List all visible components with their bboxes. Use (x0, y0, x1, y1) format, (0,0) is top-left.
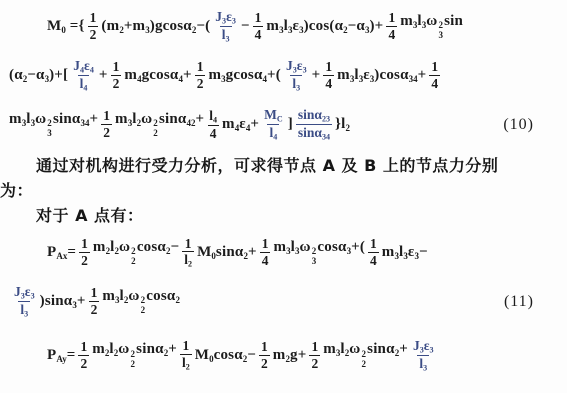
subscript: 2 (345, 348, 350, 358)
fraction-numerator: sinα23 (296, 107, 332, 124)
subscript: 3 (420, 345, 424, 354)
fraction-denominator: 2 (101, 124, 112, 141)
paragraph-line-2: 为： (0, 178, 567, 203)
math-fraction: 14 (323, 59, 334, 91)
math-run: + (312, 67, 321, 84)
math-run: )sinα3+ (40, 293, 86, 310)
fraction-numerator: 1 (260, 236, 271, 252)
superscript: 2 (131, 247, 136, 256)
math-run: m2l2ω22sinα2+ (92, 341, 177, 368)
sub-sup-stack: 22 (361, 350, 366, 369)
subscript: 4 (263, 74, 268, 84)
math-run: m2l2ω22cosα2− (93, 239, 179, 266)
fraction-denominator: 4 (429, 75, 440, 92)
math-run: m3l3ω23sinα34+ (9, 111, 98, 138)
subscript: 3 (350, 74, 355, 84)
math-run: M0sinα2+ (197, 244, 257, 261)
equation-11: PAx=12m2l2ω22cosα2−1l2M0sinα2+14m3l3ω23c… (0, 228, 567, 326)
subscript: 2 (124, 295, 129, 305)
subscript: 4 (137, 74, 142, 84)
equation-line: PAy=12m2l2ω22sinα2+1l2M0cosα2−12m2g+12m3… (0, 326, 567, 384)
fraction-numerator: 1 (368, 236, 379, 252)
subscript: 2 (286, 353, 291, 363)
subscript: 2 (175, 295, 180, 305)
fraction-denominator: l2 (182, 251, 194, 269)
math-run: m3l3ε3)cos(α2−α3)+ (266, 18, 383, 35)
fraction-denominator: 2 (89, 301, 100, 318)
fraction-numerator: J3ε3 (284, 58, 309, 75)
math-run: (α2−α3)+[ (9, 67, 68, 84)
fraction-denominator: l2 (180, 354, 192, 372)
superscript: 2 (130, 350, 135, 359)
fraction-denominator: l3 (220, 26, 232, 44)
equation-line: M0 ={12(m2+m3)gcosα2−(J3ε3l3−14m3l3ε3)co… (0, 2, 567, 51)
subscript: 4 (80, 66, 84, 75)
fraction-denominator: 4 (260, 252, 271, 269)
sub-sup-stack: 22 (141, 296, 146, 315)
equation-line: m3l3ω23sinα34+12m3l2ω22sinα42+l44m4ε4+MC… (0, 100, 567, 149)
subscript: 2 (105, 348, 110, 358)
math-fraction: 1l2 (182, 236, 194, 269)
math-fraction: l44 (207, 108, 219, 141)
subscript: 4 (246, 123, 251, 133)
math-run: m3l2ω22cosα2 (102, 288, 180, 315)
fraction-numerator: 1 (180, 338, 191, 354)
subscript: 4 (235, 123, 240, 133)
sub-sup-stack: 22 (131, 247, 136, 266)
subscript: 0 (61, 25, 66, 35)
sub-sup-stack: 23 (47, 119, 52, 138)
math-fraction: J3ε3l3 (284, 58, 309, 93)
superscript: 2 (312, 247, 317, 256)
equation-number: (11) (504, 293, 534, 311)
subscript: 3 (359, 74, 364, 84)
fraction-denominator: l3 (290, 75, 302, 93)
equation-10: M0 ={12(m2+m3)gcosα2−(J3ε3l3−14m3l3ε3)co… (0, 2, 567, 149)
subscript: 3 (72, 300, 77, 310)
subscript: 3 (288, 25, 293, 35)
subscript: 3 (296, 84, 300, 93)
math-fraction: 14 (368, 236, 379, 268)
subscript: 3 (279, 25, 284, 35)
subscript: 2 (186, 362, 190, 371)
subscript: 2 (137, 118, 142, 128)
subscript: 3 (47, 129, 52, 138)
fraction-numerator: 1 (78, 339, 89, 355)
subscript: 3 (232, 17, 236, 26)
sub-sup-stack: 23 (312, 247, 317, 266)
equation-line: J3ε3l3)sinα3+12m3l2ω22cosα2(11) (0, 277, 567, 326)
math-run: m3l3ω23cosα3+( (273, 239, 365, 266)
fraction-denominator: 4 (208, 125, 219, 142)
subscript: 4 (90, 66, 94, 75)
subscript: 2 (119, 25, 124, 35)
subscript: 3 (295, 246, 300, 256)
math-run: m3l3ω23sin (400, 13, 463, 40)
subscript: 2 (343, 25, 348, 35)
math-run: (m2+m3)gcosα2−( (101, 18, 210, 35)
math-fraction: J4ε4l4 (71, 58, 96, 93)
subscript: 0 (211, 251, 216, 261)
fraction-denominator: 2 (309, 355, 320, 372)
subscript: 2 (188, 260, 192, 269)
subscript: 3 (365, 25, 370, 35)
subscript: Ay (56, 353, 66, 363)
math-run: M0 ={ (47, 18, 85, 35)
fraction-denominator: l4 (267, 124, 279, 142)
subscript: 0 (209, 353, 214, 363)
subscript: 3 (414, 251, 419, 261)
math-run: m3l3ε3)cosα34+ (337, 67, 426, 84)
subscript: 42 (186, 118, 195, 128)
math-run: m3l2ω22sinα2+ (323, 341, 408, 368)
math-fraction: J3ε3l3 (12, 284, 37, 319)
sub-sup-stack: 22 (130, 350, 135, 369)
fraction-numerator: 1 (89, 285, 100, 301)
fraction-numerator: J4ε4 (71, 58, 96, 75)
subscript: 34 (80, 118, 89, 128)
math-fraction: 12 (195, 59, 206, 91)
subscript: 3 (403, 251, 408, 261)
subscript: 23 (322, 115, 330, 124)
subscript: 2 (243, 251, 248, 261)
math-fraction: J3ε3l3 (213, 9, 238, 44)
fraction-numerator: 1 (253, 10, 264, 26)
fraction-numerator: MC (262, 107, 285, 124)
fraction-numerator: J3ε3 (411, 338, 436, 355)
subscript: 3 (423, 363, 427, 372)
subscript: 2 (23, 74, 28, 84)
fraction-numerator: 1 (386, 10, 397, 26)
fraction-denominator: l4 (78, 75, 90, 93)
subscript: 2 (164, 348, 169, 358)
superscript: 2 (47, 119, 52, 128)
fraction-denominator: sinα34 (296, 124, 332, 142)
subscript: 34 (322, 133, 330, 142)
math-run: m3gcosα4+( (208, 67, 281, 84)
fraction-denominator: 4 (323, 75, 334, 92)
math-fraction: 14 (386, 10, 397, 42)
subscript: 3 (222, 17, 226, 26)
subscript: 3 (221, 74, 226, 84)
subscript: 3 (145, 25, 150, 35)
sub-sup-stack: 22 (153, 119, 158, 138)
equation-line: (α2−α3)+[J4ε4l4+12m4gcosα4+12m3gcosα4+(J… (0, 51, 567, 100)
fraction-numerator: 1 (429, 59, 440, 75)
math-fraction: 12 (309, 339, 320, 371)
fraction-numerator: 1 (195, 59, 206, 75)
subscript: 2 (346, 123, 351, 133)
paragraph-line-1: 通过对机构进行受力分析，可求得节点 A 及 B 上的节点力分别 (0, 153, 567, 178)
subscript: 3 (336, 348, 341, 358)
fraction-numerator: 1 (111, 59, 122, 75)
subscript: 2 (153, 129, 158, 138)
fraction-denominator: 4 (368, 252, 379, 269)
subscript: 3 (31, 292, 35, 301)
fraction-denominator: 2 (88, 26, 99, 43)
fraction-denominator: l3 (417, 355, 429, 373)
superscript: 2 (153, 119, 158, 128)
subscript: 3 (438, 31, 443, 40)
equation-pay: PAy=12m2l2ω22sinα2+1l2M0cosα2−12m2g+12m3… (0, 326, 567, 384)
subscript: 2 (395, 348, 400, 358)
math-fraction: 12 (78, 339, 89, 371)
paragraph: 通过对机构进行受力分析，可求得节点 A 及 B 上的节点力分别 为： (0, 153, 567, 203)
subscript: 3 (303, 66, 307, 75)
subscript: 3 (31, 118, 36, 128)
math-fraction: sinα23sinα34 (296, 107, 332, 142)
subscript: 3 (286, 246, 291, 256)
math-run: }l2 (335, 116, 350, 133)
subscript: 2 (361, 360, 366, 369)
math-run: PAy= (47, 347, 75, 364)
equation-number: (10) (503, 116, 534, 134)
math-run: M0cosα2− (195, 347, 256, 364)
math-fraction: 1l2 (180, 338, 192, 371)
fraction-numerator: 1 (309, 339, 320, 355)
math-run: m4gcosα4+ (124, 67, 191, 84)
subscript: 4 (178, 74, 183, 84)
subscript: 3 (45, 74, 50, 84)
subscript: 2 (114, 246, 119, 256)
fraction-numerator: 1 (79, 236, 90, 252)
subscript: C (277, 115, 283, 124)
math-run: + (99, 67, 108, 84)
fraction-denominator: 4 (386, 26, 397, 43)
math-run: − (241, 18, 250, 35)
subscript: Ax (56, 251, 67, 261)
subscript: 4 (273, 133, 277, 142)
fraction-denominator: 2 (78, 355, 89, 372)
math-fraction: 14 (429, 59, 440, 91)
subscript: 2 (192, 25, 197, 35)
fraction-numerator: 1 (101, 108, 112, 124)
subscript: 4 (83, 84, 87, 93)
fraction-denominator: 2 (111, 75, 122, 92)
sub-sup-stack: 23 (438, 21, 443, 40)
fraction-numerator: J3ε3 (12, 284, 37, 301)
math-fraction: 12 (101, 108, 112, 140)
subscript: 3 (394, 251, 399, 261)
subscript: 4 (213, 115, 217, 124)
math-fraction: 12 (89, 285, 100, 317)
subscript: 2 (106, 246, 111, 256)
math-run: ] (288, 116, 293, 133)
subscript: 3 (430, 345, 434, 354)
fraction-denominator: 2 (79, 252, 90, 269)
math-fraction: 14 (253, 10, 264, 42)
fraction-numerator: l4 (207, 108, 219, 125)
subscript: 2 (141, 306, 146, 315)
subscript: 3 (293, 66, 297, 75)
math-run: PAx= (47, 244, 76, 261)
fraction-denominator: 2 (259, 355, 270, 372)
fraction-denominator: l3 (18, 301, 30, 319)
fraction-denominator: 4 (253, 26, 264, 43)
subscript: 3 (347, 246, 352, 256)
subscript: 3 (312, 257, 317, 266)
fraction-numerator: 1 (259, 339, 270, 355)
math-run: m2g+ (273, 347, 307, 364)
subscript: 3 (370, 74, 375, 84)
fraction-numerator: 1 (323, 59, 334, 75)
document-page: M0 ={12(m2+m3)gcosα2−(J3ε3l3−14m3l3ε3)co… (0, 0, 567, 384)
fraction-numerator: 1 (183, 236, 194, 252)
equation-line: PAx=12m2l2ω22cosα2−1l2M0sinα2+14m3l3ω23c… (0, 228, 567, 277)
subscript: 2 (166, 246, 171, 256)
fraction-denominator: 2 (195, 75, 206, 92)
math-fraction: 12 (111, 59, 122, 91)
subscript: 3 (22, 118, 27, 128)
subscript: 2 (131, 257, 136, 266)
paragraph-point-a: 对于 A 点有： (0, 203, 567, 228)
math-fraction: J3ε3l3 (411, 338, 436, 373)
superscript: 2 (141, 296, 146, 305)
math-fraction: 12 (88, 10, 99, 42)
math-fraction: 14 (260, 236, 271, 268)
subscript: 2 (130, 360, 135, 369)
subscript: 3 (225, 35, 229, 44)
subscript: 3 (21, 292, 25, 301)
subscript: 3 (413, 20, 418, 30)
math-fraction: MCl4 (262, 107, 285, 142)
subscript: 3 (422, 20, 427, 30)
math-run: m4ε4+ (222, 116, 259, 133)
subscript: 2 (114, 348, 119, 358)
superscript: 2 (361, 350, 366, 359)
subscript: 34 (409, 74, 418, 84)
math-run: m3l2ω22sinα42+ (115, 111, 204, 138)
fraction-numerator: 1 (88, 10, 99, 26)
subscript: 3 (128, 118, 133, 128)
math-fraction: 12 (259, 339, 270, 371)
subscript: 3 (115, 295, 120, 305)
subscript: 3 (299, 25, 304, 35)
math-fraction: 12 (79, 236, 90, 268)
subscript: 2 (243, 353, 248, 363)
math-run: m3l3ε3− (382, 244, 428, 261)
fraction-numerator: J3ε3 (213, 9, 238, 26)
subscript: 3 (24, 310, 28, 319)
superscript: 2 (438, 21, 443, 30)
